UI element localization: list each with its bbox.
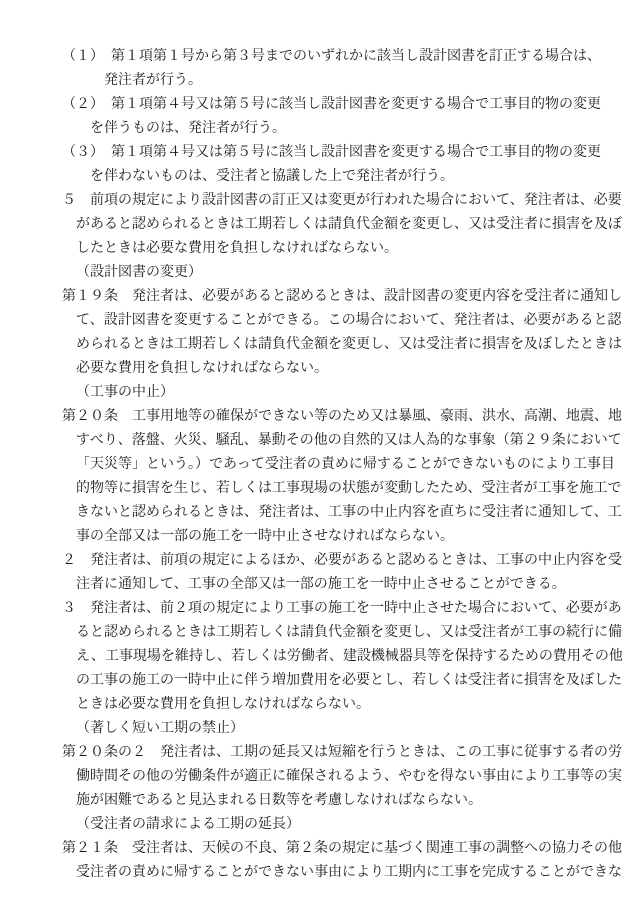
text-line: 注者に通知して、工事の全部又は一部の施工を一時中止させることができる。 (62, 573, 624, 597)
caption-koji-no-chushi: （工事の中止） (62, 381, 624, 405)
text-line: （２） 第１項第４号又は第５号に該当し設計図書を変更する場合で工事目的物の変更 (62, 93, 624, 117)
text-line: の工事の施工の一時中止に伴う増加費用を必要とし、若しくは受注者に損害を及ぼした (62, 669, 624, 693)
text-line: 必要な費用を負担しなければならない。 (62, 357, 624, 381)
paragraph-20-2: ２ 発注者は、前項の規定によるほか、必要があると認めるときは、工事の中止内容を受… (62, 549, 624, 597)
text-line: （受注者の請求による工期の延長） (62, 813, 624, 837)
text-line: ５ 前項の規定により設計図書の訂正又は変更が行われた場合において、発注者は、必要 (62, 189, 624, 213)
text-line: え、工事現場を維持し、若しくは労働者、建設機械器具等を保持するための費用その他 (62, 645, 624, 669)
text-line: 第２０条 工事用地等の確保ができない等のため又は暴風、豪雨、洪水、高潮、地震、地 (62, 405, 624, 429)
article-20: 第２０条 工事用地等の確保ができない等のため又は暴風、豪雨、洪水、高潮、地震、地… (62, 405, 624, 549)
text-line: があると認められるときは工期若しくは請負代金額を変更し、又は受注者に損害を及ぼ (62, 213, 624, 237)
article-20-no-2: 第２０条の２ 発注者は、工期の延長又は短縮を行うときは、この工事に従事する者の労… (62, 741, 624, 813)
text-line: ３ 発注者は、前２項の規定により工事の施工を一時中止させた場合において、必要があ (62, 597, 624, 621)
text-line: ときは必要な費用を負担しなければならない。 (62, 693, 624, 717)
paragraph-20-3: ３ 発注者は、前２項の規定により工事の施工を一時中止させた場合において、必要があ… (62, 597, 624, 717)
text-line: （工事の中止） (62, 381, 624, 405)
article-19: 第１９条 発注者は、必要があると認めるときは、設計図書の変更内容を受注者に通知し… (62, 285, 624, 381)
text-line: 発注者が行う。 (62, 69, 624, 93)
text-line: （１） 第１項第１号から第３号までのいずれかに該当し設計図書を訂正する場合は、 (62, 45, 624, 69)
text-line: 「天災等」という。）であって受注者の責めに帰することができないものにより工事目 (62, 453, 624, 477)
item-1: （１） 第１項第１号から第３号までのいずれかに該当し設計図書を訂正する場合は、発… (62, 45, 624, 93)
text-line: 第２１条 受注者は、天候の不良、第２条の規定に基づく関連工事の調整への協力その他 (62, 837, 624, 861)
document-body: （１） 第１項第１号から第３号までのいずれかに該当し設計図書を訂正する場合は、発… (62, 45, 624, 885)
text-line: ると認められるときは工期若しくは請負代金額を変更し、又は受注者が工事の続行に備 (62, 621, 624, 645)
text-line: められるときは工期若しくは請負代金額を変更し、又は受注者に損害を及ぼしたときは (62, 333, 624, 357)
document-page: （１） 第１項第１号から第３号までのいずれかに該当し設計図書を訂正する場合は、発… (0, 0, 630, 903)
text-line: 第２０条の２ 発注者は、工期の延長又は短縮を行うときは、この工事に従事する者の労 (62, 741, 624, 765)
article-21: 第２１条 受注者は、天候の不良、第２条の規定に基づく関連工事の調整への協力その他… (62, 837, 624, 885)
text-line: （設計図書の変更） (62, 261, 624, 285)
caption-ichijirushiku-mijikai-koki-no-kinshi: （著しく短い工期の禁止） (62, 717, 624, 741)
text-line: （著しく短い工期の禁止） (62, 717, 624, 741)
text-line: 事の全部又は一部の施工を一時中止させなければならない。 (62, 525, 624, 549)
caption-juchusha-no-seikyu-niyoru-koki-no-encho: （受注者の請求による工期の延長） (62, 813, 624, 837)
text-line: （３） 第１項第４号又は第５号に該当し設計図書を変更する場合で工事目的物の変更 (62, 141, 624, 165)
paragraph-5: ５ 前項の規定により設計図書の訂正又は変更が行われた場合において、発注者は、必要… (62, 189, 624, 261)
text-line: 第１９条 発注者は、必要があると認めるときは、設計図書の変更内容を受注者に通知し (62, 285, 624, 309)
text-line: きないと認められるときは、発注者は、工事の中止内容を直ちに受注者に通知して、工 (62, 501, 624, 525)
text-line: 施が困難であると見込まれる日数等を考慮しなければならない。 (62, 789, 624, 813)
text-line: て、設計図書を変更することができる。この場合において、発注者は、必要があると認 (62, 309, 624, 333)
text-line: 的物等に損害を生じ、若しくは工事現場の状態が変動したため、受注者が工事を施工で (62, 477, 624, 501)
item-2: （２） 第１項第４号又は第５号に該当し設計図書を変更する場合で工事目的物の変更を… (62, 93, 624, 141)
text-line: 受注者の責めに帰することができない事由により工期内に工事を完成することができな (62, 861, 624, 885)
item-3: （３） 第１項第４号又は第５号に該当し設計図書を変更する場合で工事目的物の変更を… (62, 141, 624, 189)
text-line: を伴うものは、発注者が行う。 (62, 117, 624, 141)
text-line: 働時間その他の労働条件が適正に確保されるよう、やむを得ない事由により工事等の実 (62, 765, 624, 789)
text-line: ２ 発注者は、前項の規定によるほか、必要があると認めるときは、工事の中止内容を受 (62, 549, 624, 573)
caption-sekkei-tosho-no-henko: （設計図書の変更） (62, 261, 624, 285)
text-line: すべり、落盤、火災、騒乱、暴動その他の自然的又は人為的な事象（第２９条において (62, 429, 624, 453)
text-line: したときは必要な費用を負担しなければならない。 (62, 237, 624, 261)
text-line: を伴わないものは、受注者と協議した上で発注者が行う。 (62, 165, 624, 189)
